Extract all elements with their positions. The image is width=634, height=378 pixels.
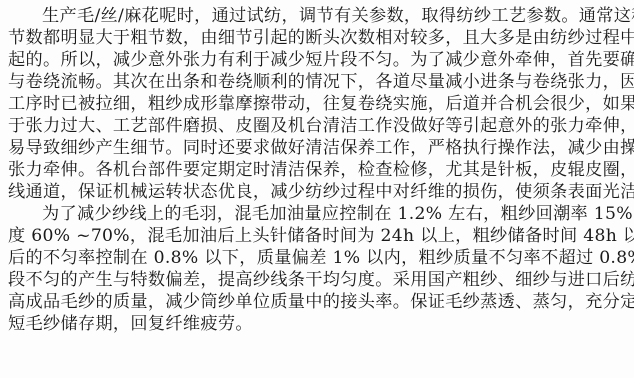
paragraph-1-line-8: 张力牵伸。各机台部件要定期定时清洁保养，检查检修，尤其是针板，皮辊皮圈，压辊及须… <box>8 159 628 181</box>
paragraph-2-line-5: 高成品毛纱的质量，减少筒纱单位质量中的接头率。保证毛纱蒸透、蒸匀，充分定形，以利… <box>8 291 628 313</box>
paragraph-2-line-2: 度 60% ~70%，混毛加油后上头针储备时间为 24h 以上，粗纱储备时间 4… <box>8 225 628 247</box>
paragraph-2-line-6: 短毛纱储存期，回复纤维疲劳。 <box>8 313 628 335</box>
paragraph-1-line-6: 于张力过大、工艺部件磨损、皮圈及机台清洁工作没做好等引起意外的张力牵伸，在细纱机… <box>8 115 628 137</box>
document-page: 生产毛/丝/麻花呢时，通过试纺，调节有关参数，取得纺纱工艺参数。通常这种混纺纱的… <box>0 0 634 378</box>
paragraph-1-line-7: 易导致细纱产生细节。同时还要求做好清洁保养工作，严格执行操作法，减少由操作引起的… <box>8 137 628 159</box>
paragraph-1-line-5: 工序时已被拉细，粗纱成形靠摩擦带动，往复卷绕实施，后道并合机会很少，如果在此工序… <box>8 93 628 115</box>
paragraph-2-line-4: 段不匀的产生与特数偏差，提高纱线条干均匀度。采用国产粗纱、细纱与进口后纺相结合，… <box>8 269 628 291</box>
paragraph-1-line-4: 与卷绕流畅。其次在出条和卷绕顺利的情况下，各道尽量减小进条与卷绕张力，因为须条到… <box>8 71 628 93</box>
paragraph-2-line-3: 后的不匀率控制在 0.8% 以下，质量偏差 1% 以内，粗纱质量不匀率不超过 0… <box>8 247 628 269</box>
paragraph-1-line-9: 线通道，保证机械运转状态优良，减少纺纱过程中对纤维的损伤，使须条表面光洁、圆整、… <box>8 181 628 203</box>
paragraph-1-line-2: 节数都明显大于粗节数，由细节引起的断头次数相对较多，且大多是由纺纱过程中意外牵伸… <box>8 27 628 49</box>
paragraph-1-line-3: 起的。所以，减少意外张力有利于减少短片段不匀。为了减少意外牵伸，首先要确保各道出… <box>8 49 628 71</box>
paragraph-1-line-1: 生产毛/丝/麻花呢时，通过试纺，调节有关参数，取得纺纱工艺参数。通常这种混纺纱的… <box>42 5 628 27</box>
paragraph-2-line-1: 为了减少纱线上的毛羽，混毛加油量应控制在 1.2% 左右，粗纱回潮率 15% ~… <box>42 203 628 225</box>
